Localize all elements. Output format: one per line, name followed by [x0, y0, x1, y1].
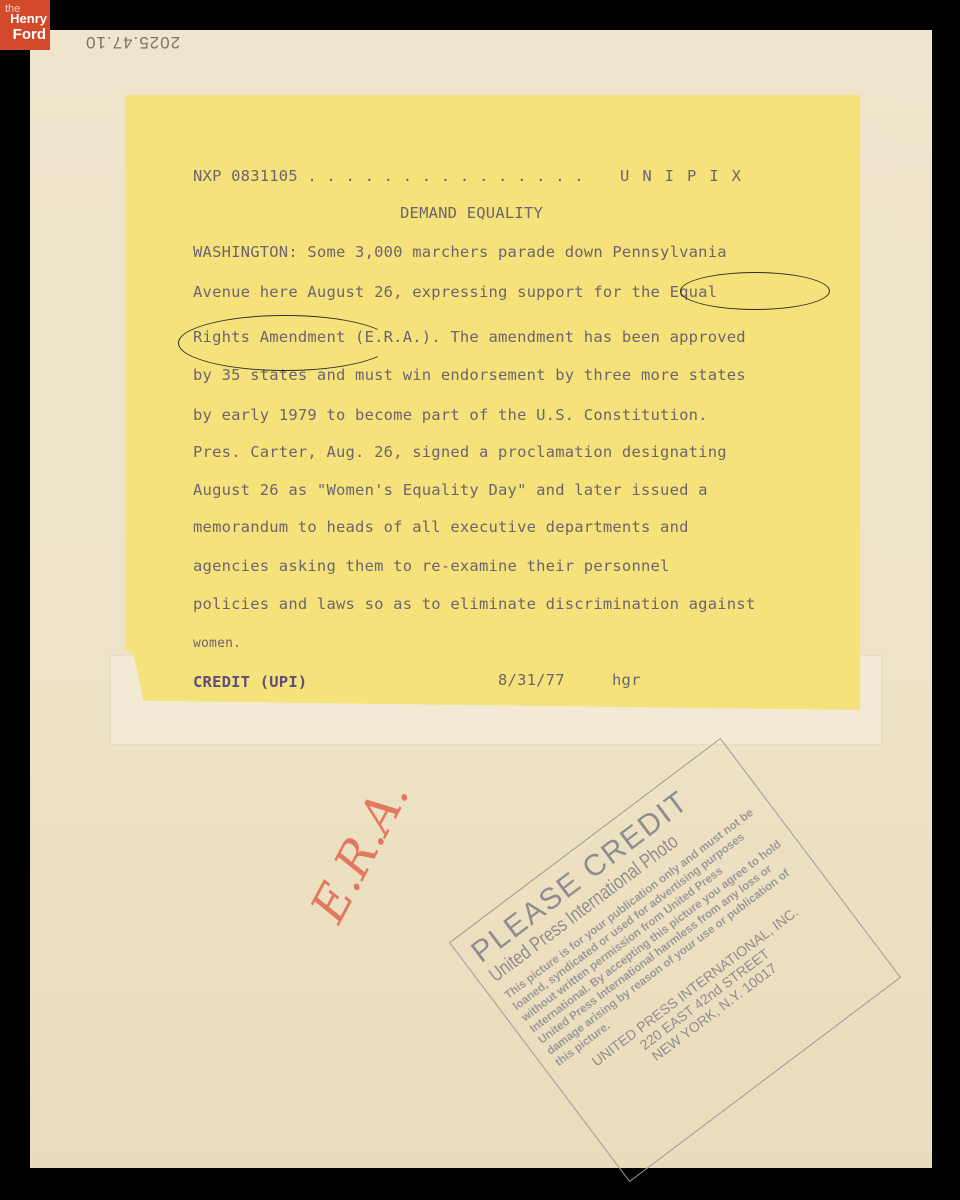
caption-date: 8/31/77	[498, 671, 565, 689]
caption-headline: DEMAND EQUALITY	[400, 204, 543, 222]
caption-line: memorandum to heads of all executive dep…	[193, 518, 689, 536]
caption-line: policies and laws so as to eliminate dis…	[193, 595, 755, 613]
caption-slug: NXP 0831105 . . . . . . . . . . . . . . …	[193, 167, 584, 185]
caption-line: Pres. Carter, Aug. 26, signed a proclama…	[193, 443, 727, 461]
caption-line: agencies asking them to re-examine their…	[193, 557, 670, 575]
caption-agency: UNIPIX	[620, 167, 754, 185]
caption-initials: hgr	[612, 671, 641, 689]
accession-number: 2025.47.10	[85, 32, 180, 52]
caption-sheet	[125, 95, 860, 710]
logo-henry: Henry	[10, 12, 47, 25]
pen-circle-mark	[680, 272, 830, 310]
caption-line: Avenue here August 26, expressing suppor…	[193, 283, 717, 301]
henry-ford-logo: the Henry Ford	[0, 0, 50, 50]
caption-line: August 26 as "Women's Equality Day" and …	[193, 481, 708, 499]
caption-line: WASHINGTON: Some 3,000 marchers parade d…	[193, 243, 727, 261]
caption-line: women.	[193, 636, 241, 651]
caption-line: by early 1979 to become part of the U.S.…	[193, 406, 708, 424]
logo-ford: Ford	[13, 26, 46, 43]
caption-credit: CREDIT (UPI)	[193, 673, 307, 691]
pen-circle-mark	[178, 315, 392, 371]
